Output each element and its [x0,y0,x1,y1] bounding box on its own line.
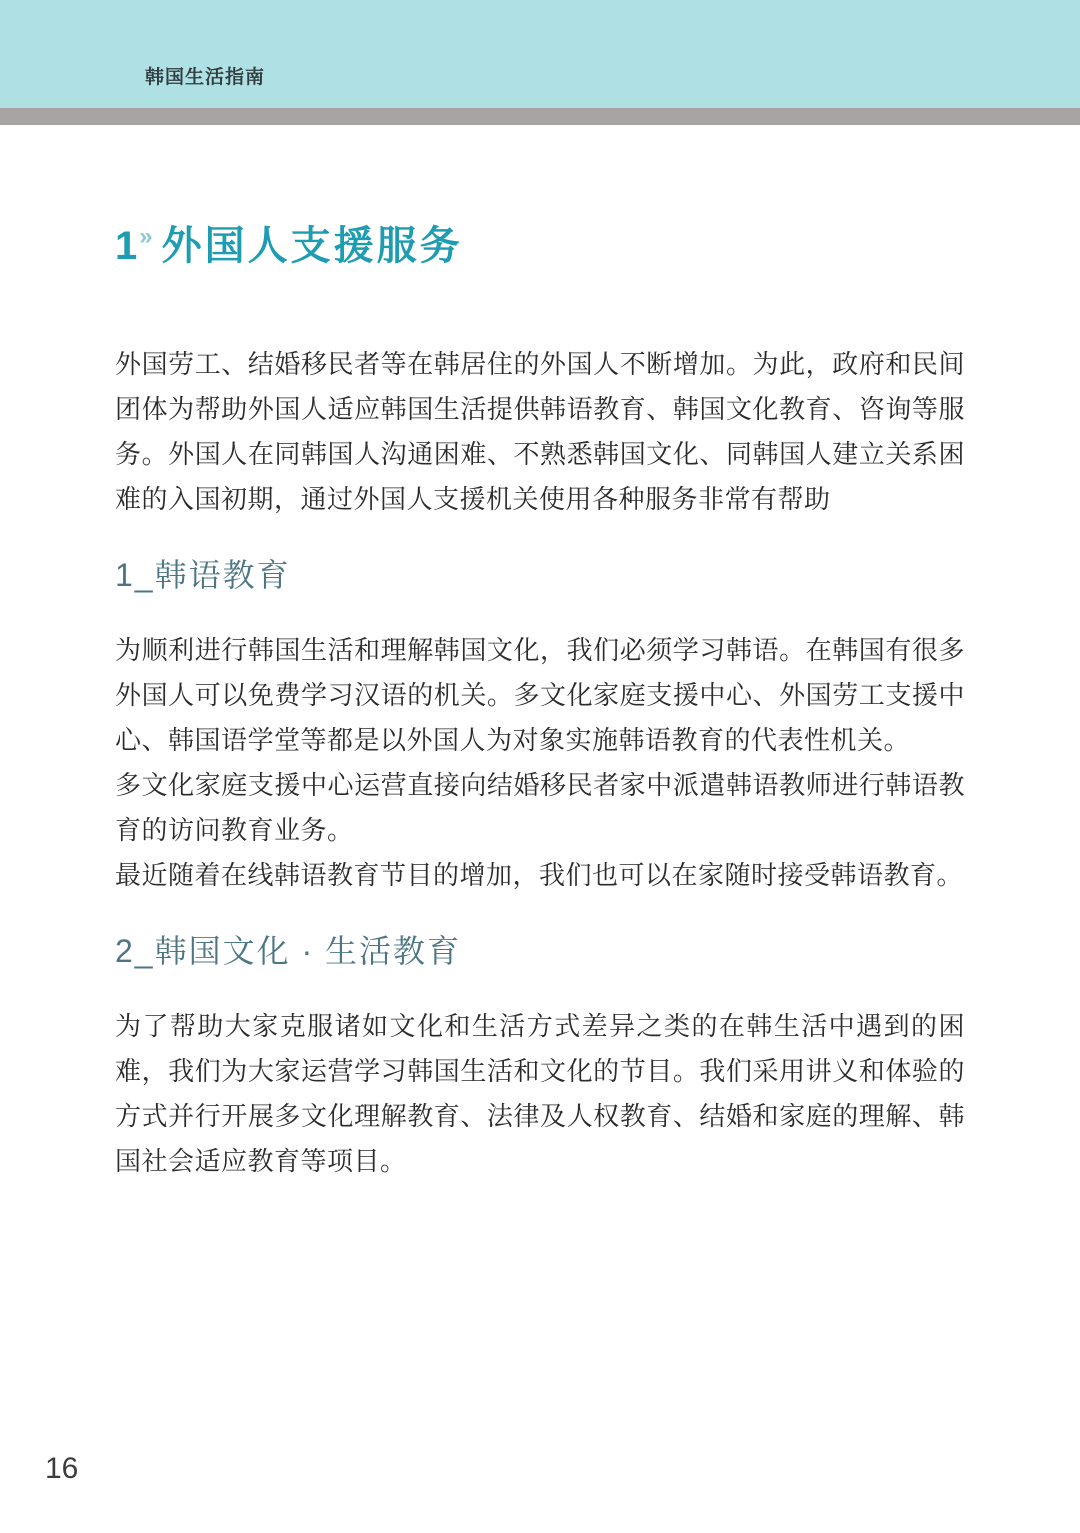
document-title: 韩国生活指南 [145,62,265,89]
subsection-heading-korean-language-education: 1_韩语教育 [115,555,965,595]
page-number: 16 [45,1452,78,1486]
document-page: 韩国生活指南 1»外国人支援服务 外国劳工、结婚移民者等在韩居住的外国人不断增加… [0,0,1080,1533]
paragraph: 最近随着在线韩语教育节目的增加，我们也可以在家随时接受韩语教育。 [115,853,965,898]
header-divider-bar [0,108,1080,125]
intro-paragraph: 外国劳工、结婚移民者等在韩居住的外国人不断增加。为此，政府和民间团体为帮助外国人… [115,342,965,522]
paragraph: 多文化家庭支援中心运营直接向结婚移民者家中派遣韩语教师进行韩语教育的访问教育业务… [115,763,965,853]
subsection-korean-language-body: 为顺利进行韩国生活和理解韩国文化，我们必须学习韩语。在韩国有很多外国人可以免费学… [115,628,965,898]
page-header-band: 韩国生活指南 [0,0,1080,108]
section-number: 1 [115,224,137,268]
double-chevron-icon: » [139,223,152,250]
subsection-korean-culture-body: 为了帮助大家克服诸如文化和生活方式差异之类的在韩生活中遇到的困难，我们为大家运营… [115,1004,965,1184]
paragraph: 为了帮助大家克服诸如文化和生活方式差异之类的在韩生活中遇到的困难，我们为大家运营… [115,1004,965,1184]
section-heading: 1»外国人支援服务 [115,213,965,270]
paragraph: 为顺利进行韩国生活和理解韩国文化，我们必须学习韩语。在韩国有很多外国人可以免费学… [115,628,965,763]
subsection-heading-korean-culture-life-education: 2_韩国文化 · 生活教育 [115,931,965,971]
section-title: 外国人支援服务 [162,224,463,268]
page-content: 1»外国人支援服务 外国劳工、结婚移民者等在韩居住的外国人不断增加。为此，政府和… [115,213,965,1184]
